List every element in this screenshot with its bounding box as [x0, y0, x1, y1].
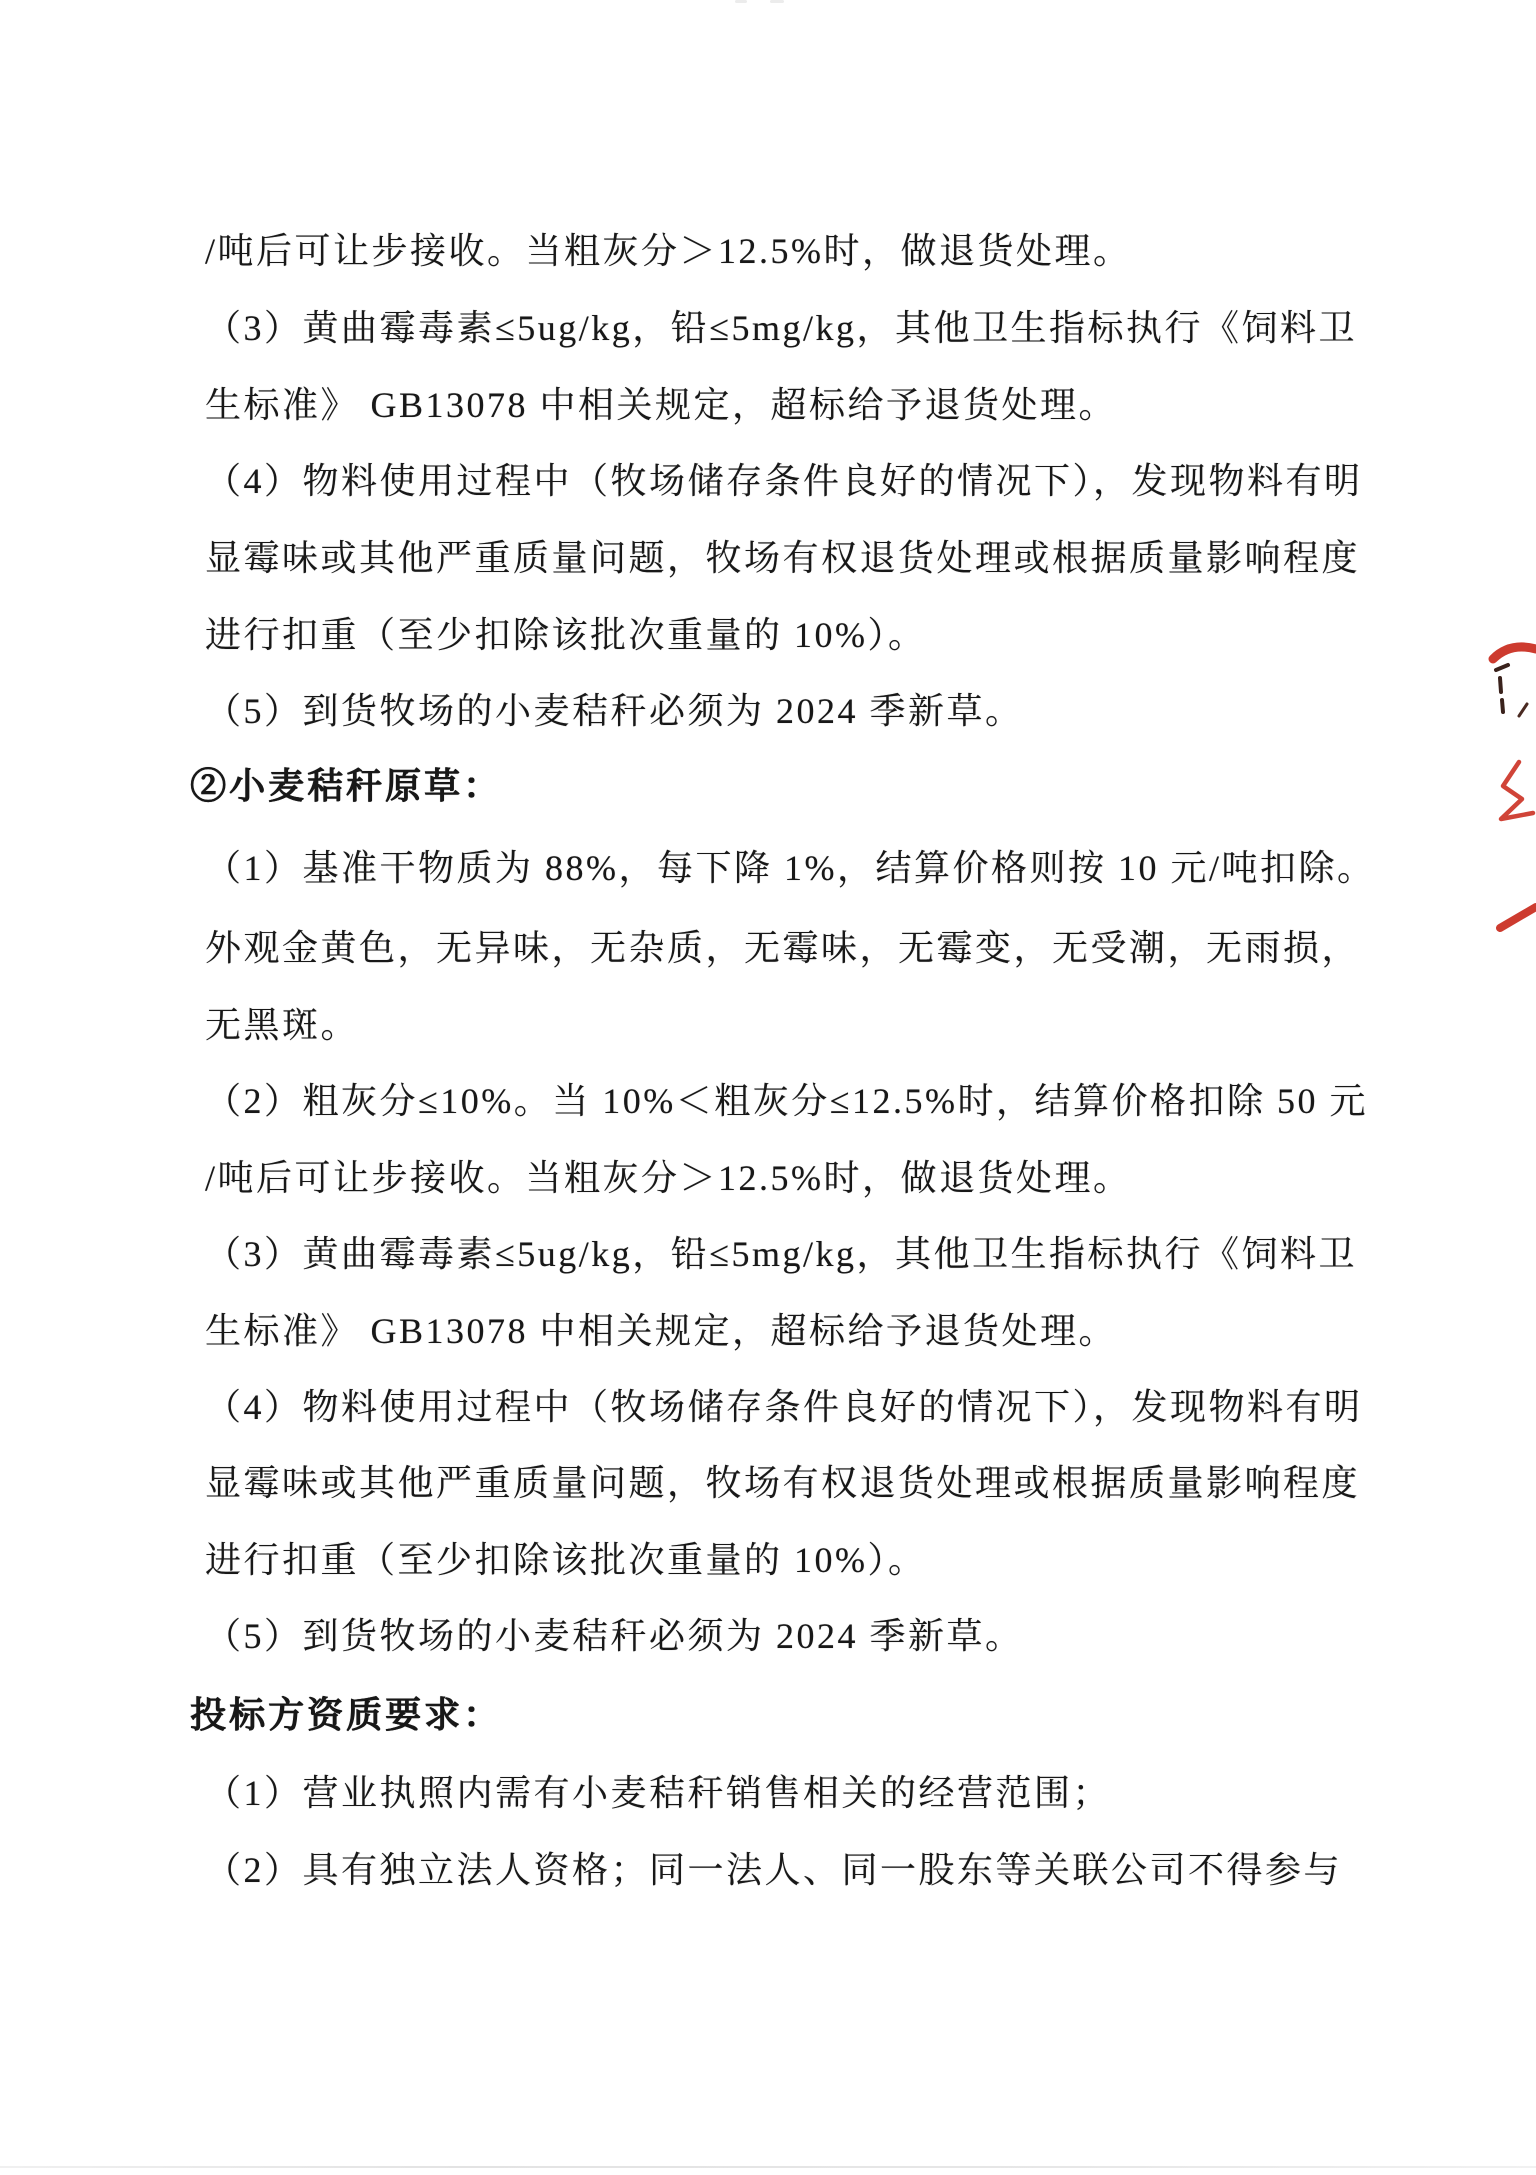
doc-line: （1）基准干物质为 88%，每下降 1%，结算价格则按 10 元/吨扣除。: [205, 845, 1385, 891]
scan-smudge: [735, 0, 747, 3]
doc-line: （5）到货牧场的小麦秸秆必须为 2024 季新草。: [205, 1613, 1385, 1659]
page-bottom-edge: [0, 2166, 1536, 2168]
doc-line: 生标准》 GB13078 中相关规定，超标给予退货处理。: [205, 1308, 1385, 1354]
doc-line: 无黑斑。: [205, 1002, 1385, 1048]
doc-line: （4）物料使用过程中（牧场储存条件良好的情况下），发现物料有明: [205, 458, 1385, 504]
doc-line: 外观金黄色，无异味，无杂质，无霉味，无霉变，无受潮，无雨损，: [205, 925, 1385, 971]
doc-line: （1）营业执照内需有小麦秸秆销售相关的经营范围；: [205, 1770, 1385, 1816]
doc-line: （3）黄曲霉毒素≤5ug/kg，铅≤5mg/kg，其他卫生指标执行《饲料卫: [205, 305, 1385, 351]
doc-line: （4）物料使用过程中（牧场储存条件良好的情况下），发现物料有明: [205, 1384, 1385, 1430]
doc-line: /吨后可让步接收。当粗灰分＞12.5%时，做退货处理。: [205, 228, 1385, 274]
doc-line: 显霉味或其他严重质量问题，牧场有权退货处理或根据质量影响程度: [205, 535, 1385, 581]
doc-line: 进行扣重（至少扣除该批次重量的 10%）。: [205, 612, 1385, 658]
section-heading-wheat-straw: ②小麦秸秆原草：: [190, 763, 1370, 809]
doc-line: 进行扣重（至少扣除该批次重量的 10%）。: [205, 1537, 1385, 1583]
scan-smudge: [770, 0, 784, 3]
handwritten-red-pen-marks: [1460, 630, 1536, 945]
doc-line: （2）粗灰分≤10%。当 10%＜粗灰分≤12.5%时，结算价格扣除 50 元: [205, 1078, 1385, 1124]
doc-line: /吨后可让步接收。当粗灰分＞12.5%时，做退货处理。: [205, 1155, 1385, 1201]
doc-line: （3）黄曲霉毒素≤5ug/kg，铅≤5mg/kg，其他卫生指标执行《饲料卫: [205, 1231, 1385, 1277]
doc-line: （5）到货牧场的小麦秸秆必须为 2024 季新草。: [205, 688, 1385, 734]
doc-line: （2）具有独立法人资格；同一法人、同一股东等关联公司不得参与: [205, 1847, 1385, 1893]
scanned-document-page: /吨后可让步接收。当粗灰分＞12.5%时，做退货处理。 （3）黄曲霉毒素≤5ug…: [0, 0, 1536, 2175]
doc-line: 显霉味或其他严重质量问题，牧场有权退货处理或根据质量影响程度: [205, 1460, 1385, 1506]
section-heading-bidder-qualification: 投标方资质要求：: [190, 1692, 1370, 1738]
doc-line: 生标准》 GB13078 中相关规定，超标给予退货处理。: [205, 382, 1385, 428]
